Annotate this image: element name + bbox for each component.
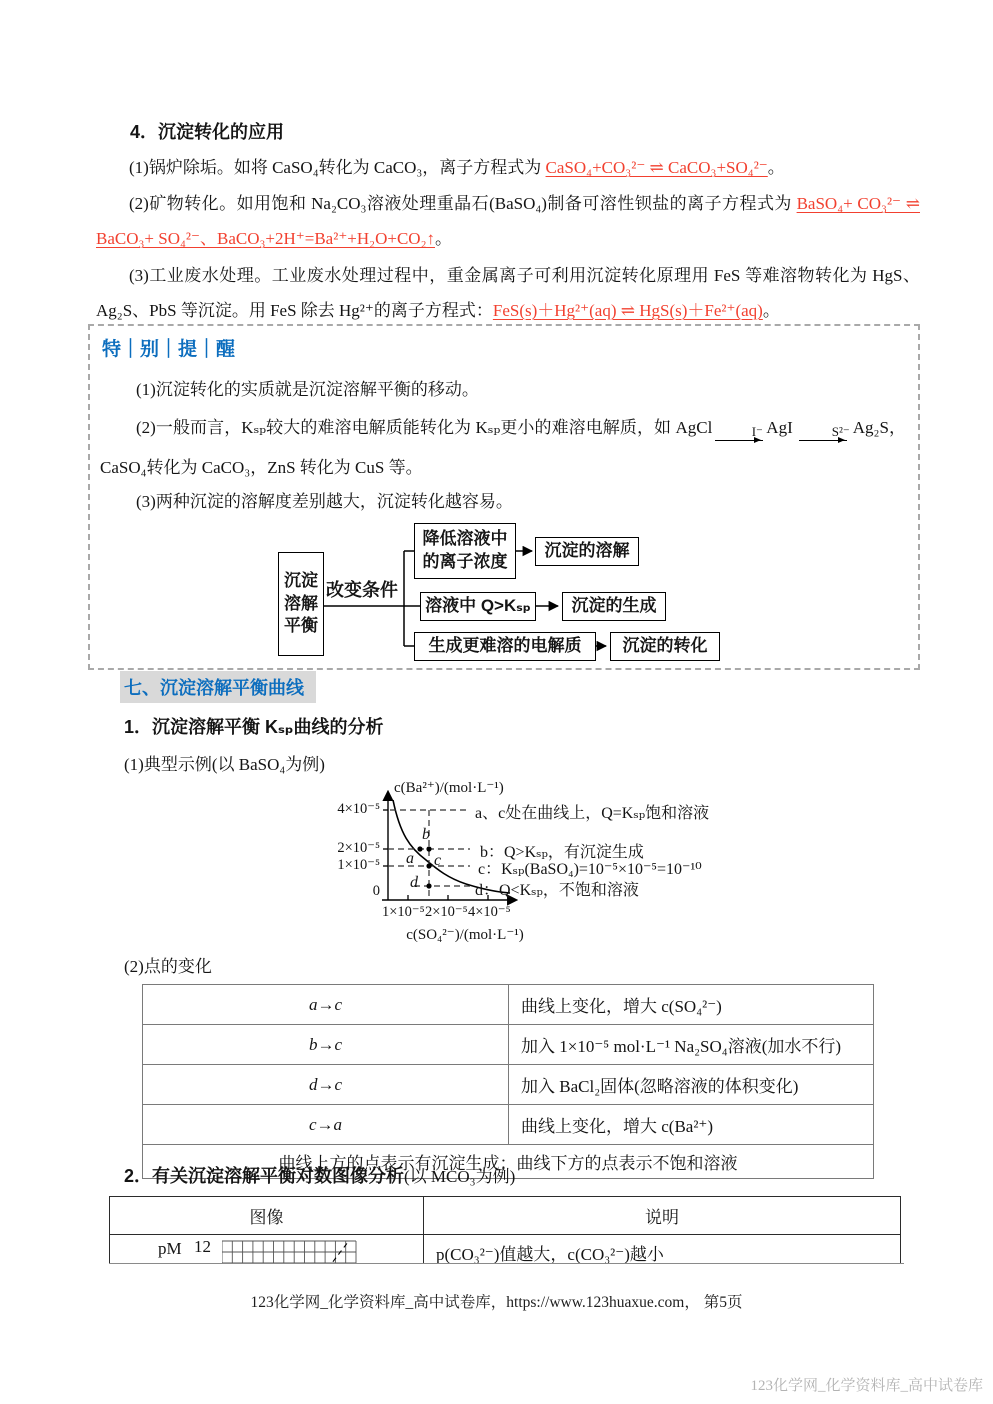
special-reminder-box: 特｜别｜提｜醒 (1)沉淀转化的实质就是沉淀溶解平衡的移动。 (2)一般而言，K… (88, 324, 920, 670)
flowchart-effect-3: 沉淀的转化 (610, 632, 720, 661)
subsection2-heading: 2．有关沉淀溶解平衡对数图像分析(以 MCO₃为例) (124, 1162, 515, 1188)
equilibrium-flowchart: 沉淀溶解平衡 改变条件 降低溶液中的离子浓度 沉淀的溶解 溶液中 Q>Kₛₚ 沉… (274, 512, 734, 664)
flowchart-effect-1: 沉淀的溶解 (535, 537, 639, 566)
table-row: a→c 曲线上变化，增大 c(SO₄²⁻) (143, 985, 874, 1025)
section4-heading: 4．沉淀转化的应用 (130, 118, 284, 144)
flowchart-effect-2: 沉淀的生成 (562, 592, 666, 621)
document-page: 4．沉淀转化的应用 (1)锅炉除垢。如将 CaSO₄转化为 CaCO₃，离子方程… (0, 0, 993, 1404)
p3-ionic-equation: FeS(s)＋Hg²⁺(aq) ⇌ HgS(s)＋Fe²⁺(aq) (493, 301, 763, 320)
section7-heading: 七、沉淀溶解平衡曲线 (120, 671, 316, 703)
desc-cell: 曲线上变化，增大 c(Ba²⁺) (509, 1105, 874, 1145)
point-c-label: c (434, 852, 441, 870)
pm-tick-10: 10 (186, 1261, 203, 1264)
p3-period: 。 (763, 301, 780, 320)
annotation-c: c：Kₛₚ(BaSO₄)=10⁻⁵×10⁻⁵=10⁻¹⁰ (478, 856, 702, 879)
desc-cell: 曲线上变化，增大 c(SO₄²⁻) (509, 985, 874, 1025)
p1-ionic-equation: CaSO₄+CO₃²⁻ ⇌ CaCO₃+SO₄²⁻ (546, 158, 768, 177)
table-row: b→c 加入 1×10⁻⁵ mol·L⁻¹ Na₂SO₄溶液(加水不行) (143, 1025, 874, 1065)
desc-cell: 加入 BaCl₂固体(忽略溶液的体积变化) (509, 1065, 874, 1105)
reminder-p2-text: (2)一般而言，Kₛₚ较大的难溶电解质能转化为 Kₛₚ更小的难溶电解质，如 Ag… (136, 418, 712, 437)
change-cell: c→a (143, 1105, 509, 1145)
paragraph-boiler-descale: (1)锅炉除垢。如将 CaSO₄转化为 CaCO₃，离子方程式为 CaSO₄+C… (96, 150, 920, 185)
pm-chart-cell: pM 12 10 (110, 1235, 424, 1265)
point-c (426, 863, 431, 868)
flowchart-condition-label: 改变条件 (320, 576, 404, 602)
table-row: c→a 曲线上变化，增大 c(Ba²⁺) (143, 1105, 874, 1145)
annotation-ac-on-curve: a、c处在曲线上，Q=Kₛₚ饱和溶液 (475, 800, 709, 823)
annotation-d: d：Q<Kₛₚ，不饱和溶液 (475, 877, 639, 900)
typical-example-label: (1)典型示例(以 BaSO₄为例) (124, 750, 325, 775)
table-row: d→c 加入 BaCl₂固体(忽略溶液的体积变化) (143, 1065, 874, 1105)
x-tick-2e-5: 2×10⁻⁵ (425, 904, 468, 921)
paragraph-mineral-conversion: (2)矿物转化。如用饱和 Na₂CO₃溶液处理重晶石(BaSO₄)制备可溶性钡盐… (96, 186, 920, 256)
log-graph-table: 图像 说明 pM 12 10 (109, 1196, 901, 1264)
p1-period: 。 (768, 158, 785, 177)
reminder-point1: (1)沉淀转化的实质就是沉淀溶解平衡的移动。 (136, 372, 896, 407)
pm-axis-label: pM (158, 1239, 182, 1259)
y-tick-4e-5: 4×10⁻⁵ (330, 801, 380, 818)
pm-curve-start (222, 1263, 232, 1264)
point-b (426, 846, 431, 851)
point-a-label: a (406, 850, 414, 868)
image-column-header: 图像 (110, 1197, 424, 1235)
change-cell: b→c (143, 1025, 509, 1065)
subsection2-normal: (以 MCO₃为例) (404, 1167, 515, 1186)
p2-period: 。 (435, 229, 452, 248)
pm-tick-12: 12 (194, 1237, 211, 1257)
paragraph-wastewater: (3)工业废水处理。工业废水处理过程中，重金属离子可利用沉淀转化原理用 FeS … (96, 258, 920, 328)
right-arrow-icon (715, 440, 763, 441)
y-axis-label: c(Ba²⁺)/(mol·L⁻¹) (394, 778, 504, 797)
flowchart-cause-2: 溶液中 Q>Kₛₚ (420, 592, 536, 621)
desc-cell: 加入 1×10⁻⁵ mol·L⁻¹ Na₂SO₄溶液(加水不行) (509, 1025, 874, 1065)
y-tick-2e-5: 2×10⁻⁵ (330, 840, 380, 857)
reaction-chain-arrow-1: I⁻ (715, 425, 763, 441)
p2-text: (2)矿物转化。如用饱和 Na₂CO₃溶液处理重晶石(BaSO₄)制备可溶性钡盐… (129, 194, 797, 213)
log-graph-table-clip: 图像 说明 pM 12 10 (109, 1196, 904, 1264)
p1-text: (1)锅炉除垢。如将 CaSO₄转化为 CaCO₃，离子方程式为 (129, 158, 546, 177)
pm-grid-chart (222, 1240, 362, 1264)
point-change-table: a→c 曲线上变化，增大 c(SO₄²⁻) b→c 加入 1×10⁻⁵ mol·… (142, 984, 874, 1179)
y-tick-0: 0 (354, 883, 380, 900)
reminder-p2-mid: AgI (766, 418, 792, 437)
reminder-point2: (2)一般而言，Kₛₚ较大的难溶电解质能转化为 Kₛₚ更小的难溶电解质，如 Ag… (100, 408, 906, 488)
subsection1-heading: 1．沉淀溶解平衡 Kₛₚ曲线的分析 (124, 713, 384, 739)
change-cell: d→c (143, 1065, 509, 1105)
x-axis-label: c(SO₄²⁻)/(mol·L⁻¹) (370, 925, 560, 944)
pm-desc-cell: p(CO₃²⁻)值越大，c(CO₃²⁻)越小 (424, 1235, 901, 1265)
right-arrow-icon (799, 440, 847, 441)
change-cell: a→c (143, 985, 509, 1025)
point-d (426, 883, 431, 888)
subsection2-bold: 2．有关沉淀溶解平衡对数图像分析 (124, 1166, 404, 1186)
point-d-label: d (410, 874, 418, 892)
point-b-label: b (422, 826, 430, 844)
flowchart-root-box: 沉淀溶解平衡 (278, 552, 324, 656)
reaction-chain-arrow-2: S²⁻ (796, 425, 850, 441)
table-header-row: 图像 说明 (110, 1197, 901, 1235)
point-a (417, 846, 422, 851)
ksp-curve-figure: c(Ba²⁺)/(mol·L⁻¹) 4×10⁻⁵ 2×10⁻⁵ 1×10⁻⁵ 0… (330, 782, 950, 950)
y-tick-1e-5: 1×10⁻⁵ (330, 857, 380, 874)
flowchart-cause-3: 生成更难溶的电解质 (414, 632, 596, 661)
page-footer: 123化学网_化学资料库_高中试卷库，https://www.123huaxue… (0, 1290, 993, 1312)
watermark: 123化学网_化学资料库_高中试卷库 (750, 1374, 983, 1395)
x-tick-4e-5: 4×10⁻⁵ (468, 904, 511, 921)
flowchart-cause-1: 降低溶液中的离子浓度 (414, 523, 516, 579)
reminder-title: 特｜别｜提｜醒 (102, 334, 235, 361)
desc-column-header: 说明 (424, 1197, 901, 1235)
point-change-label: (2)点的变化 (124, 952, 212, 977)
x-tick-1e-5: 1×10⁻⁵ (382, 904, 425, 921)
table-row: pM 12 10 (110, 1235, 901, 1265)
